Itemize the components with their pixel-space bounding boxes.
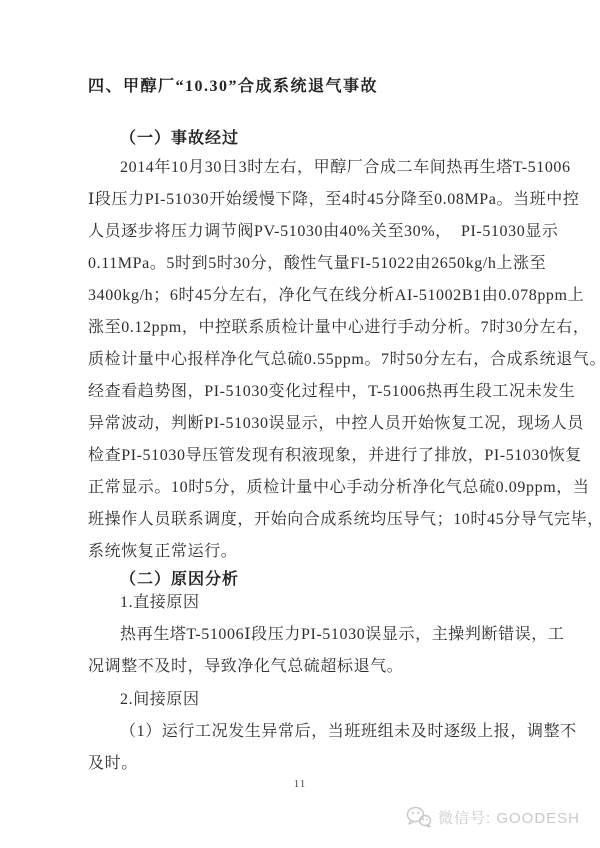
wechat-label: 微信号: GOODESH xyxy=(438,807,580,828)
wechat-icon xyxy=(406,806,432,828)
direct-cause-block: 1.直接原因 热再生塔T-51006Ⅰ段压力PI-51030误显示，主操判断错误… xyxy=(88,587,563,683)
paragraph-line: 热再生塔T-51006Ⅰ段压力PI-51030误显示，主操判断错误，工 xyxy=(88,619,563,651)
paragraph-line: 涨至0.12ppm，中控联系质检计量中心进行手动分析。7时30分左右， xyxy=(88,312,563,344)
indirect-cause-block: 2.间接原因 （1）运行工况发生异常后，当班班组未及时逐级上报，调整不 及时。 xyxy=(88,684,563,780)
paragraph-line: 检查PI-51030导压管发现有积液现象，并进行了排放，PI-51030恢复 xyxy=(88,440,563,472)
paragraph-line: 正常显示。10时5分，质检计量中心手动分析净化气总硫0.09ppm，当 xyxy=(88,472,563,504)
paragraph-line: 经查看趋势图，PI-51030变化过程中，T-51006热再生段工况未发生 xyxy=(88,376,563,408)
section-1-paragraph: 2014年10月30日3时左右，甲醇厂合成二车间热再生塔T-51006 Ⅰ段压力… xyxy=(88,152,563,568)
page-number: 11 xyxy=(0,778,600,790)
paragraph-line: 况调整不及时，导致净化气总硫超标退气。 xyxy=(88,651,563,683)
paragraph-line: 3400kg/h；6时45分左右，净化气在线分析AI-51002B1由0.078… xyxy=(88,280,563,312)
paragraph-line: （1）运行工况发生异常后，当班班组未及时逐级上报，调整不 xyxy=(88,716,563,748)
indirect-cause-label: 2.间接原因 xyxy=(88,684,563,716)
paragraph-line: 系统恢复正常运行。 xyxy=(88,536,563,568)
paragraph-line: 人员逐步将压力调节阀PV-51030由40%关至30%， PI-51030显示 xyxy=(88,216,563,248)
paragraph-line: 班操作人员联系调度，开始向合成系统均压导气；10时45分导气完毕， xyxy=(88,504,563,536)
paragraph-line: 及时。 xyxy=(88,748,563,780)
section-1-heading: （一）事故经过 xyxy=(120,127,239,151)
direct-cause-label: 1.直接原因 xyxy=(88,587,563,619)
paragraph-line: 0.11MPa。5时到5时30分，酸性气量FI-51022由2650kg/h上涨… xyxy=(88,248,563,280)
paragraph-line: 质检计量中心报样净化气总硫0.55ppm。7时50分左右，合成系统退气。 xyxy=(88,344,563,376)
wechat-watermark: 微信号: GOODESH xyxy=(406,806,580,828)
doc-title: 四、甲醇厂“10.30”合成系统退气事故 xyxy=(88,75,378,99)
document-page: 四、甲醇厂“10.30”合成系统退气事故 （一）事故经过 2014年10月30日… xyxy=(0,0,600,848)
paragraph-line: Ⅰ段压力PI-51030开始缓慢下降，至4时45分降至0.08MPa。当班中控 xyxy=(88,184,563,216)
paragraph-line: 异常波动，判断PI-51030误显示，中控人员开始恢复工况，现场人员 xyxy=(88,408,563,440)
paragraph-line: 2014年10月30日3时左右，甲醇厂合成二车间热再生塔T-51006 xyxy=(88,152,563,184)
